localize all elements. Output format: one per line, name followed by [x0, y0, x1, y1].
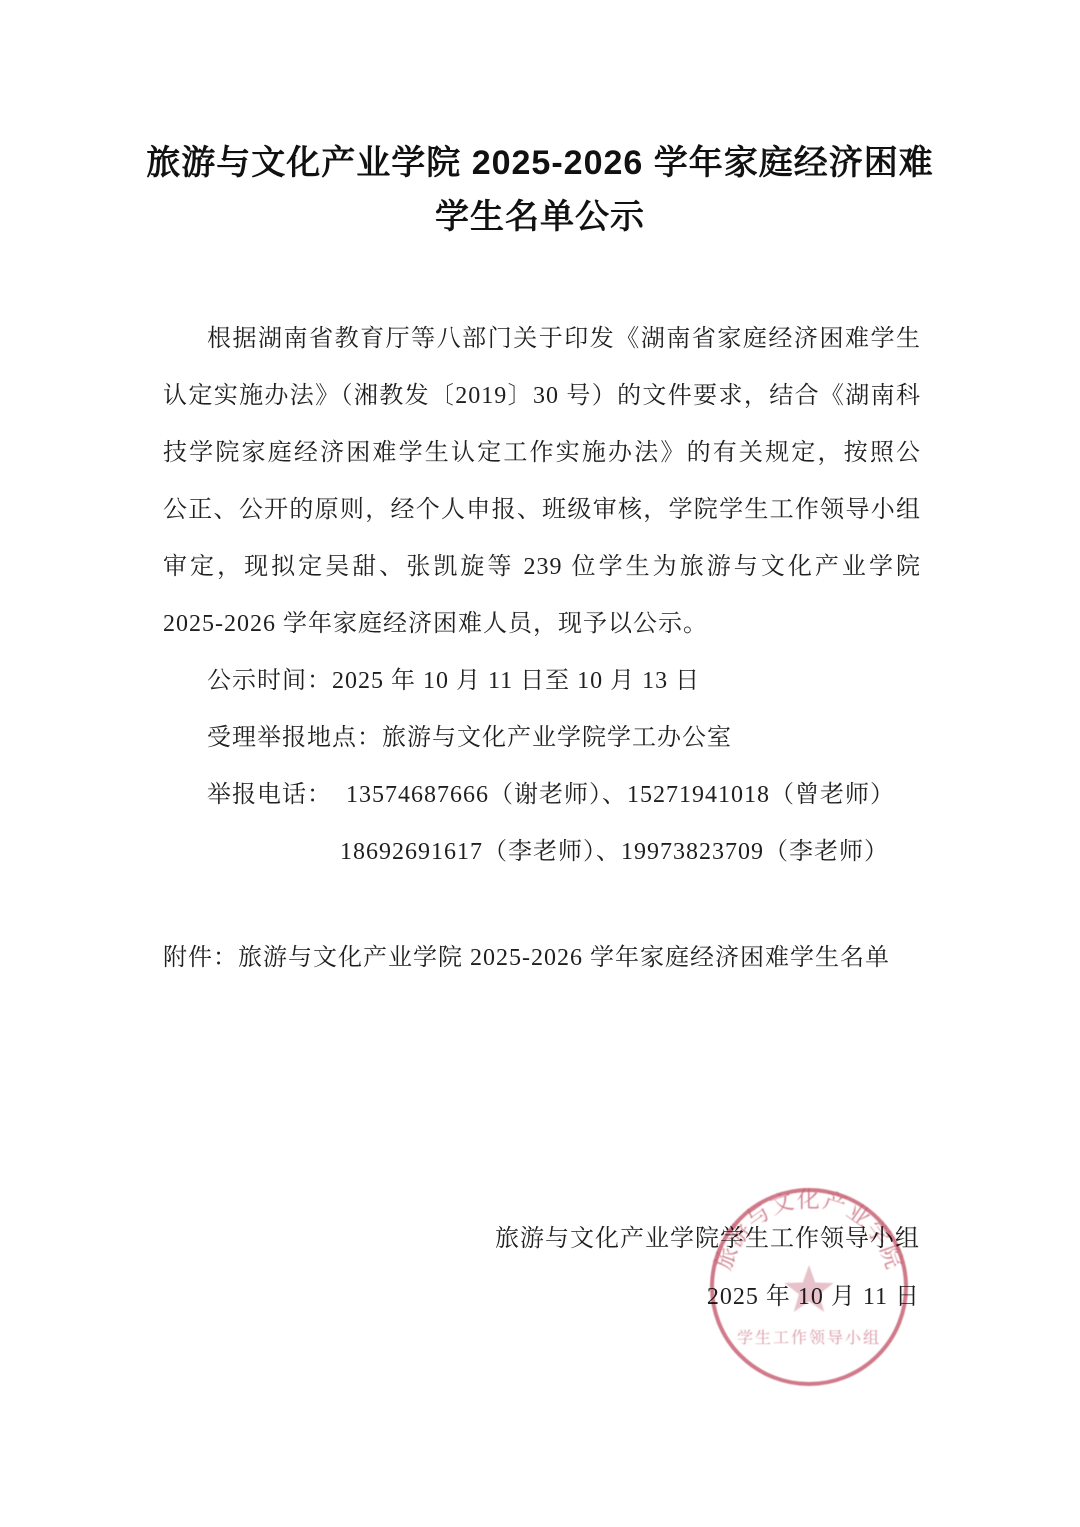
document-title-line2: 学生名单公示: [0, 190, 1080, 244]
attachment-line: 附件：旅游与文化产业学院 2025-2026 学年家庭经济困难学生名单: [163, 930, 963, 987]
body-line: 公正、公开的原则，经个人申报、班级审核，学院学生工作领导小组: [163, 482, 921, 539]
report-location-line: 受理举报地点：旅游与文化产业学院学工办公室: [163, 710, 921, 767]
body-line: 技学院家庭经济困难学生认定工作实施办法》的有关规定，按照公平、: [163, 425, 921, 482]
document-page: 旅游与文化产业学院 2025-2026 学年家庭经济困难 学生名单公示 根据湖南…: [0, 0, 1080, 1527]
body-text: 根据湖南省教育厅等八部门关于印发《湖南省家庭经济困难学生 认定实施办法》（湘教发…: [163, 311, 921, 881]
document-title-line1: 旅游与文化产业学院 2025-2026 学年家庭经济困难: [0, 136, 1080, 190]
body-line: 认定实施办法》（湘教发〔2019〕30 号）的文件要求，结合《湖南科: [163, 368, 921, 425]
signature-block: 旅游与文化产业学院学生工作领导小组 2025 年 10 月 11 日: [495, 1210, 920, 1326]
signature-date: 2025 年 10 月 11 日: [495, 1268, 920, 1326]
body-line: 2025-2026 学年家庭经济困难人员，现予以公示。: [163, 596, 921, 653]
notice-period-line: 公示时间：2025 年 10 月 11 日至 10 月 13 日: [163, 653, 921, 710]
signature-name: 旅游与文化产业学院学生工作领导小组: [495, 1210, 920, 1268]
document-title: 旅游与文化产业学院 2025-2026 学年家庭经济困难 学生名单公示: [0, 136, 1080, 244]
report-phone-line-2: 18692691617（李老师）、19973823709（李老师）: [163, 824, 921, 881]
report-phone-line-1: 举报电话： 13574687666（谢老师）、15271941018（曾老师）: [163, 767, 921, 824]
body-line: 审定，现拟定吴甜、张凯旋等 239 位学生为旅游与文化产业学院: [163, 539, 921, 596]
seal-bottom-text: 学生工作领导小组: [737, 1329, 881, 1347]
body-line: 根据湖南省教育厅等八部门关于印发《湖南省家庭经济困难学生: [163, 311, 921, 368]
